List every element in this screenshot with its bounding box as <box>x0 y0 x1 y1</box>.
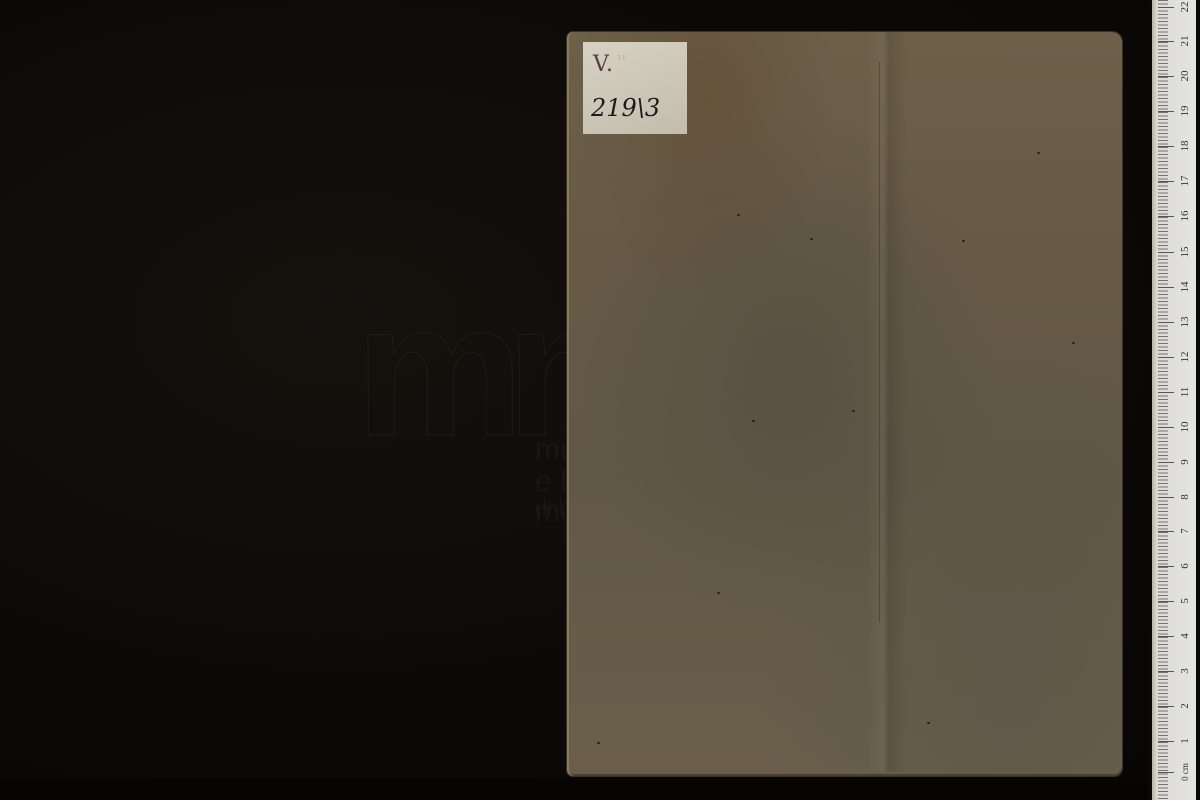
ruler-label: 1 <box>1178 730 1192 752</box>
ruler-label: 8 <box>1178 486 1192 508</box>
ruler-major-tick <box>1158 146 1174 147</box>
ruler-label: 10 <box>1178 416 1192 438</box>
ruler-label: 20 <box>1178 65 1192 87</box>
ruler-major-tick <box>1158 671 1174 672</box>
ruler-major-tick <box>1158 322 1174 323</box>
ruler-major-tick <box>1158 772 1174 773</box>
ruler-label: 14 <box>1178 276 1192 298</box>
ruler-major-tick <box>1158 76 1174 77</box>
ruler-major-tick <box>1158 392 1174 393</box>
cover-crease <box>867 32 907 772</box>
ruler-major-tick <box>1158 287 1174 288</box>
ruler-label: 9 <box>1178 451 1192 473</box>
ruler-ticks <box>1158 0 1178 800</box>
ruler-label: 22 <box>1178 0 1192 18</box>
ruler-label: 13 <box>1178 311 1192 333</box>
shelfmark-volume: V. <box>593 52 614 77</box>
shelfmark-label: V.ᶦᶦ 219\3 <box>583 42 687 134</box>
ruler-major-tick <box>1158 741 1174 742</box>
ruler-major-tick <box>1158 41 1174 42</box>
ruler-major-tick <box>1158 357 1174 358</box>
ruler-label: 15 <box>1178 241 1192 263</box>
ruler-major-tick <box>1158 462 1174 463</box>
shelfmark-line-1: V.ᶦᶦ <box>593 52 627 77</box>
ruler-label: 16 <box>1178 205 1192 227</box>
ruler-label: 11 <box>1178 381 1192 403</box>
ruler-label: 19 <box>1178 100 1192 122</box>
ruler-label: 0 cm <box>1178 755 1192 789</box>
ruler-label: 3 <box>1178 660 1192 682</box>
ruler-major-tick <box>1158 427 1174 428</box>
cover-crease-line <box>879 62 880 622</box>
ruler-major-tick <box>1158 531 1174 532</box>
ruler-major-tick <box>1158 111 1174 112</box>
ruler-major-tick <box>1158 216 1174 217</box>
shelfmark-faint-mark: ᶦᶦ <box>618 52 627 68</box>
ruler-label: 2 <box>1178 695 1192 717</box>
ruler-major-tick <box>1158 497 1174 498</box>
ruler-label: 4 <box>1178 625 1192 647</box>
background-shadow-band <box>0 778 1148 800</box>
ruler-label: 12 <box>1178 346 1192 368</box>
ruler-label: 18 <box>1178 135 1192 157</box>
ruler-major-tick <box>1158 181 1174 182</box>
measuring-ruler: 0 cm12345678910111213141516171819202122 <box>1148 0 1200 800</box>
ruler-major-tick <box>1158 601 1174 602</box>
ruler-label: 21 <box>1178 30 1192 52</box>
ruler-major-tick <box>1158 252 1174 253</box>
ruler-major-tick <box>1158 706 1174 707</box>
ruler-label: 7 <box>1178 520 1192 542</box>
ruler-major-tick <box>1158 566 1174 567</box>
shelfmark-line-2: 219\3 <box>591 94 660 122</box>
ruler-label: 5 <box>1178 590 1192 612</box>
book-cover: V.ᶦᶦ 219\3 <box>567 32 1122 776</box>
ruler-major-tick <box>1158 7 1174 8</box>
ruler-label: 17 <box>1178 170 1192 192</box>
ruler-label: 6 <box>1178 555 1192 577</box>
ruler-major-tick <box>1158 636 1174 637</box>
